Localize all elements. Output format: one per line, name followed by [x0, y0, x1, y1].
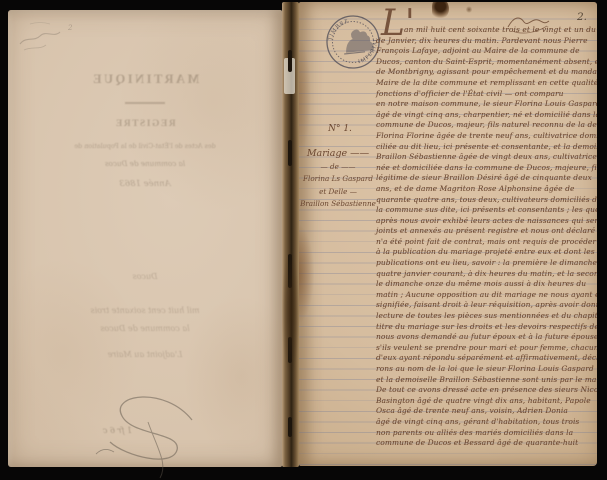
act-body-line: signifiée, faisant droit à leur réquisit… [376, 300, 597, 311]
act-body-line: à la publication du mariage projeté entr… [376, 247, 597, 258]
act-body-line: quatre janvier courant, à dix heures du … [376, 269, 597, 280]
bleedthrough-script-line: la commune de Ducos [8, 324, 282, 333]
act-body-line: quarante quatre ans, tous deux, cultivat… [376, 195, 597, 206]
act-body-line: de Janvier, dix heures du matin. Pardeva… [376, 36, 597, 47]
bleedthrough-colony-title: MARTINIQUE [8, 72, 282, 87]
edge-stain [299, 32, 311, 162]
act-body-line: Braillon Sébastienne âgée de vingt deux … [376, 152, 597, 163]
act-body-line: s'ils veulent se prendre pour mari et po… [376, 343, 597, 354]
ink-stain [432, 2, 449, 19]
act-body-line: la commune sus dite, ici présents et con… [376, 205, 597, 216]
act-body-line: lecture de toutes les pièces sus mention… [376, 311, 597, 322]
bleedthrough-year: Année 1863 [8, 179, 282, 189]
margin-note-line: Mariage —— [299, 148, 377, 161]
act-body-line: commune de Ducos, majeur, fils naturel r… [376, 120, 597, 131]
act-body-line: Basington âgé de quatre vingt dix ans, h… [376, 396, 597, 407]
act-body-line: ciliée au dit lieu, ici présente et cons… [376, 142, 597, 153]
edge-stain [299, 224, 314, 324]
scanned-register-spread: 2 MARTINIQUE REGISTRE des Actes de l'Éta… [0, 0, 607, 480]
act-body-line: joints et annexés au présent registre et… [376, 226, 597, 237]
act-body-line: nous avons demandé au futur époux et à l… [376, 332, 597, 343]
act-body-line: légitime de sieur Braillon Désiré âgé de… [376, 173, 597, 184]
act-body-line: née et domiciliée dans la commune de Duc… [376, 163, 597, 174]
bleedthrough-rule [125, 102, 165, 104]
act-body-line: matin ; Aucune opposition au dit mariage… [376, 290, 597, 301]
act-body-line: commune de Ducos et Bessard âgé de quara… [376, 438, 597, 449]
page-number: 2. [577, 11, 587, 23]
act-body-line: âgé de vingt cinq ans, charpentier, né e… [376, 110, 597, 121]
stitch-mark [288, 140, 292, 166]
bleedthrough-script-line: Ducos [8, 272, 282, 281]
act-body-line: Maire de la dite commune et remplissant … [376, 78, 597, 89]
margin-note-line: — de —— [299, 161, 377, 174]
act-body-line: Ducos, canton du Saint-Esprit, momentané… [376, 57, 597, 68]
stitch-mark [288, 50, 292, 72]
act-body-line: Florina Florine âgée de trente neuf ans,… [376, 131, 597, 142]
stitch-mark [288, 417, 292, 437]
act-body-line: publications ont eu lieu, savoir : la pr… [376, 258, 597, 269]
act-number: N° 1. [305, 124, 375, 134]
act-body-line: rons au nom de la loi que le sieur Flori… [376, 364, 597, 375]
act-body-line: après nous avoir exhibé leurs actes de n… [376, 216, 597, 227]
act-body-line: De tout ce avons dressé acte en présence… [376, 385, 597, 396]
bleedthrough-script-line: L'adjoint au Maire [8, 350, 282, 359]
margin-note-line: et Delle — [299, 186, 377, 199]
bleedthrough-script-line: mil huit cent soixante trois [8, 306, 282, 315]
binding-gutter [282, 2, 299, 467]
act-body-line: n'a été point fait de contrat, mais ont … [376, 237, 597, 248]
signature-flourish [78, 392, 210, 480]
left-page: 2 MARTINIQUE REGISTRE des Actes de l'Éta… [8, 10, 282, 467]
act-body-line: François Lafaye, adjoint au Maire de la … [376, 46, 597, 57]
ink-stain-small [466, 6, 472, 13]
margin-annotation: Mariage ——— de ——Florina Ls Gaspardet De… [299, 148, 377, 211]
act-body-line: et la demoiselle Braillon Sébastienne so… [376, 375, 597, 386]
bleedthrough-register-title: REGISTRE [8, 119, 282, 129]
act-body-line: non parents ou alliés des mariés domicil… [376, 428, 597, 439]
act-body-line: en notre maison commune, le sieur Florin… [376, 99, 597, 110]
margin-note-line: Braillon Sébastienne [299, 198, 377, 211]
act-body-line: ans, et de dame Magriton Rose Alphonsine… [376, 184, 597, 195]
act-body-line: Osca âgé de trente neuf ans, voisin, Adr… [376, 406, 597, 417]
act-body-line: an mil huit cent soixante trois et le vi… [376, 25, 597, 36]
act-body-line: le dimanche onze du même mois aussi à di… [376, 279, 597, 290]
act-body-line: d'eux ayant répondu séparément et affirm… [376, 353, 597, 364]
right-page: TIMBRE IMPERIAL L' 2. N° 1. Mariage ——— … [299, 2, 597, 466]
bleedthrough-subtitle-1: des Actes de l'État-Civil de la Populati… [8, 142, 282, 150]
act-body-line: titre du mariage sur les droits et les d… [376, 322, 597, 333]
act-body-line: âgé de vingt cinq ans, gérant d'habitati… [376, 417, 597, 428]
act-body-line: fonctions d'officier de l'État civil — o… [376, 89, 597, 100]
act-body-text: an mil huit cent soixante trois et le vi… [376, 25, 597, 449]
margin-note-line: Florina Ls Gaspard [299, 173, 377, 186]
gutter-stain [282, 252, 299, 372]
bleedthrough-subtitle-2: la commune de Ducos [8, 159, 282, 168]
act-body-line: de Montbrigny, agissant pour empêchement… [376, 67, 597, 78]
